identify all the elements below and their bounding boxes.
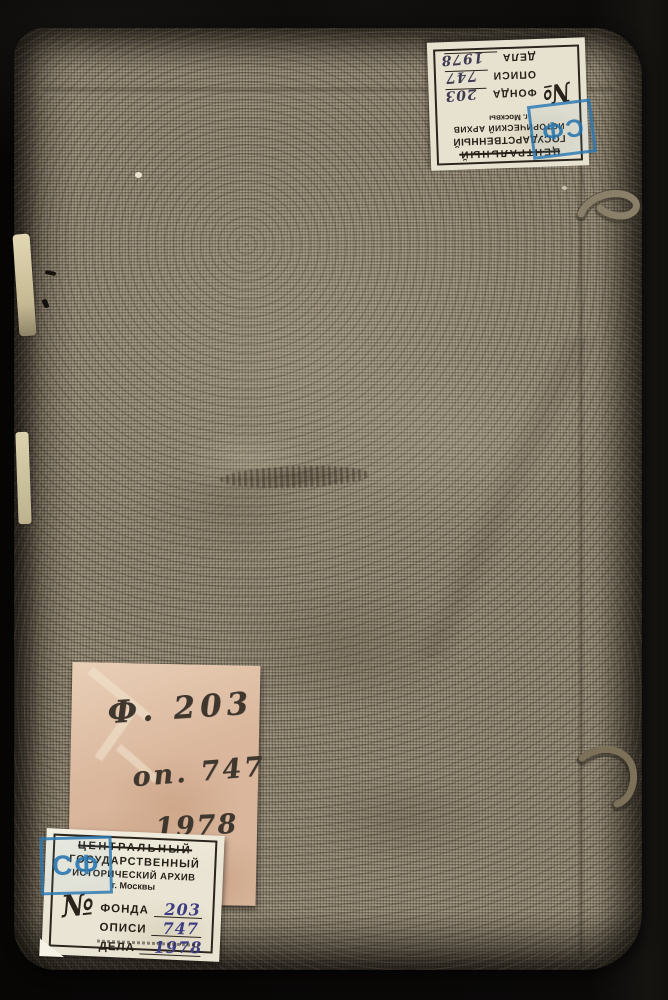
handwritten-fond-number: Ф. 203 <box>107 686 255 732</box>
cover-scuff-mark <box>220 463 371 490</box>
fore-edge-tie-bottom <box>572 738 648 812</box>
archive-label-top-corner: ЦЕНТРАЛЬНЫЙ ГОСУДАРСТВЕННЫЙ ИСТОРИЧЕСКИЙ… <box>427 37 589 170</box>
handwritten-delo-number: 1978 <box>153 938 202 957</box>
archive-label-bottom: ЦЕНТРАЛЬНЫЙ ГОСУДАРСТВЕННЫЙ ИСТОРИЧЕСКИЙ… <box>41 828 224 962</box>
sf-ink-stamp: СФ <box>527 98 597 159</box>
spine-worn-patch <box>15 432 31 524</box>
sf-ink-stamp: СФ <box>39 836 112 896</box>
photo-background: Ф. 203 оп. 747 1978 ЦЕНТРАЛЬНЫЙ ГОСУДАРС… <box>0 0 668 1000</box>
spine-hole <box>45 270 57 276</box>
label-rows: ФОНДА 203 ОПИСИ 747 ДЕЛА 1978 <box>98 896 202 957</box>
handwritten-delo-number: 1978 <box>440 49 484 69</box>
fore-edge-tie-top <box>575 180 645 234</box>
cover-crease <box>380 338 630 658</box>
paper-speck <box>562 186 567 190</box>
handwritten-opis-number: оп. 747 <box>131 751 267 793</box>
spine-worn-patch <box>12 234 36 337</box>
spine-hole <box>41 298 49 308</box>
label-rows: ФОНДА 203 ОПИСИ 747 ДЕЛА 1978 <box>444 50 537 107</box>
paper-speck <box>135 172 142 178</box>
